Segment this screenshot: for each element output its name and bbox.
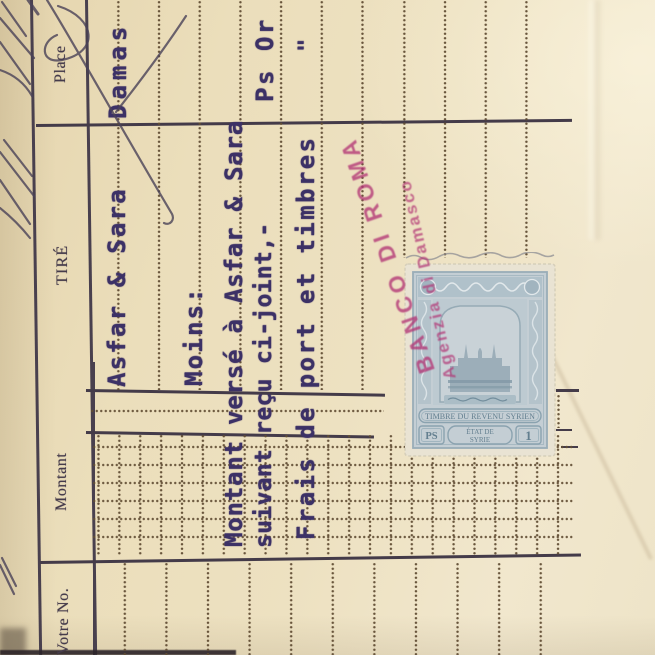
stamp-country-line1: ÉTAT DE <box>466 428 494 436</box>
rule-montant-divider-b-right <box>556 429 572 431</box>
rule-header-column <box>85 0 97 655</box>
column-header-tire: TIRÉ <box>54 245 72 285</box>
column-header-votre-no: Votre No. <box>55 588 73 655</box>
stamp-value-right: 1 <box>525 428 532 443</box>
column-header-place: Place <box>52 45 70 83</box>
typed-tire-value: Asfar & Sara <box>103 187 131 387</box>
typed-detail-line-2: suivant reçu ci-joint,- <box>251 223 277 548</box>
rule-left-margin <box>30 0 42 655</box>
rule-montant-divider-a-right <box>556 389 579 392</box>
typed-currency-ps-or: Ps Or <box>251 17 279 102</box>
stamp-value-left: PS <box>425 431 437 442</box>
stamp-banner-text: TIMBRE DU REVENU SYRIEN <box>425 412 535 421</box>
dotted-rule-right-of-stamp <box>555 394 562 428</box>
typed-detail-line-1: Montant versé à Asfar & Sara <box>220 120 248 547</box>
scanned-bank-form: Place TIRÉ Montant Votre No. Damas Asfar… <box>0 0 655 655</box>
typed-place-value: Damas <box>104 22 132 119</box>
typed-currency-ditto: " <box>295 39 320 52</box>
paper-crease-vertical <box>586 0 602 240</box>
dotted-rules-lower <box>104 562 556 655</box>
column-header-montant: Montant <box>53 453 71 511</box>
stamp-country-line2: SYRIE <box>470 436 490 444</box>
typed-detail-line-3: Frais de port et timbres <box>292 136 320 540</box>
typed-moins-label: Moins: <box>180 286 208 386</box>
